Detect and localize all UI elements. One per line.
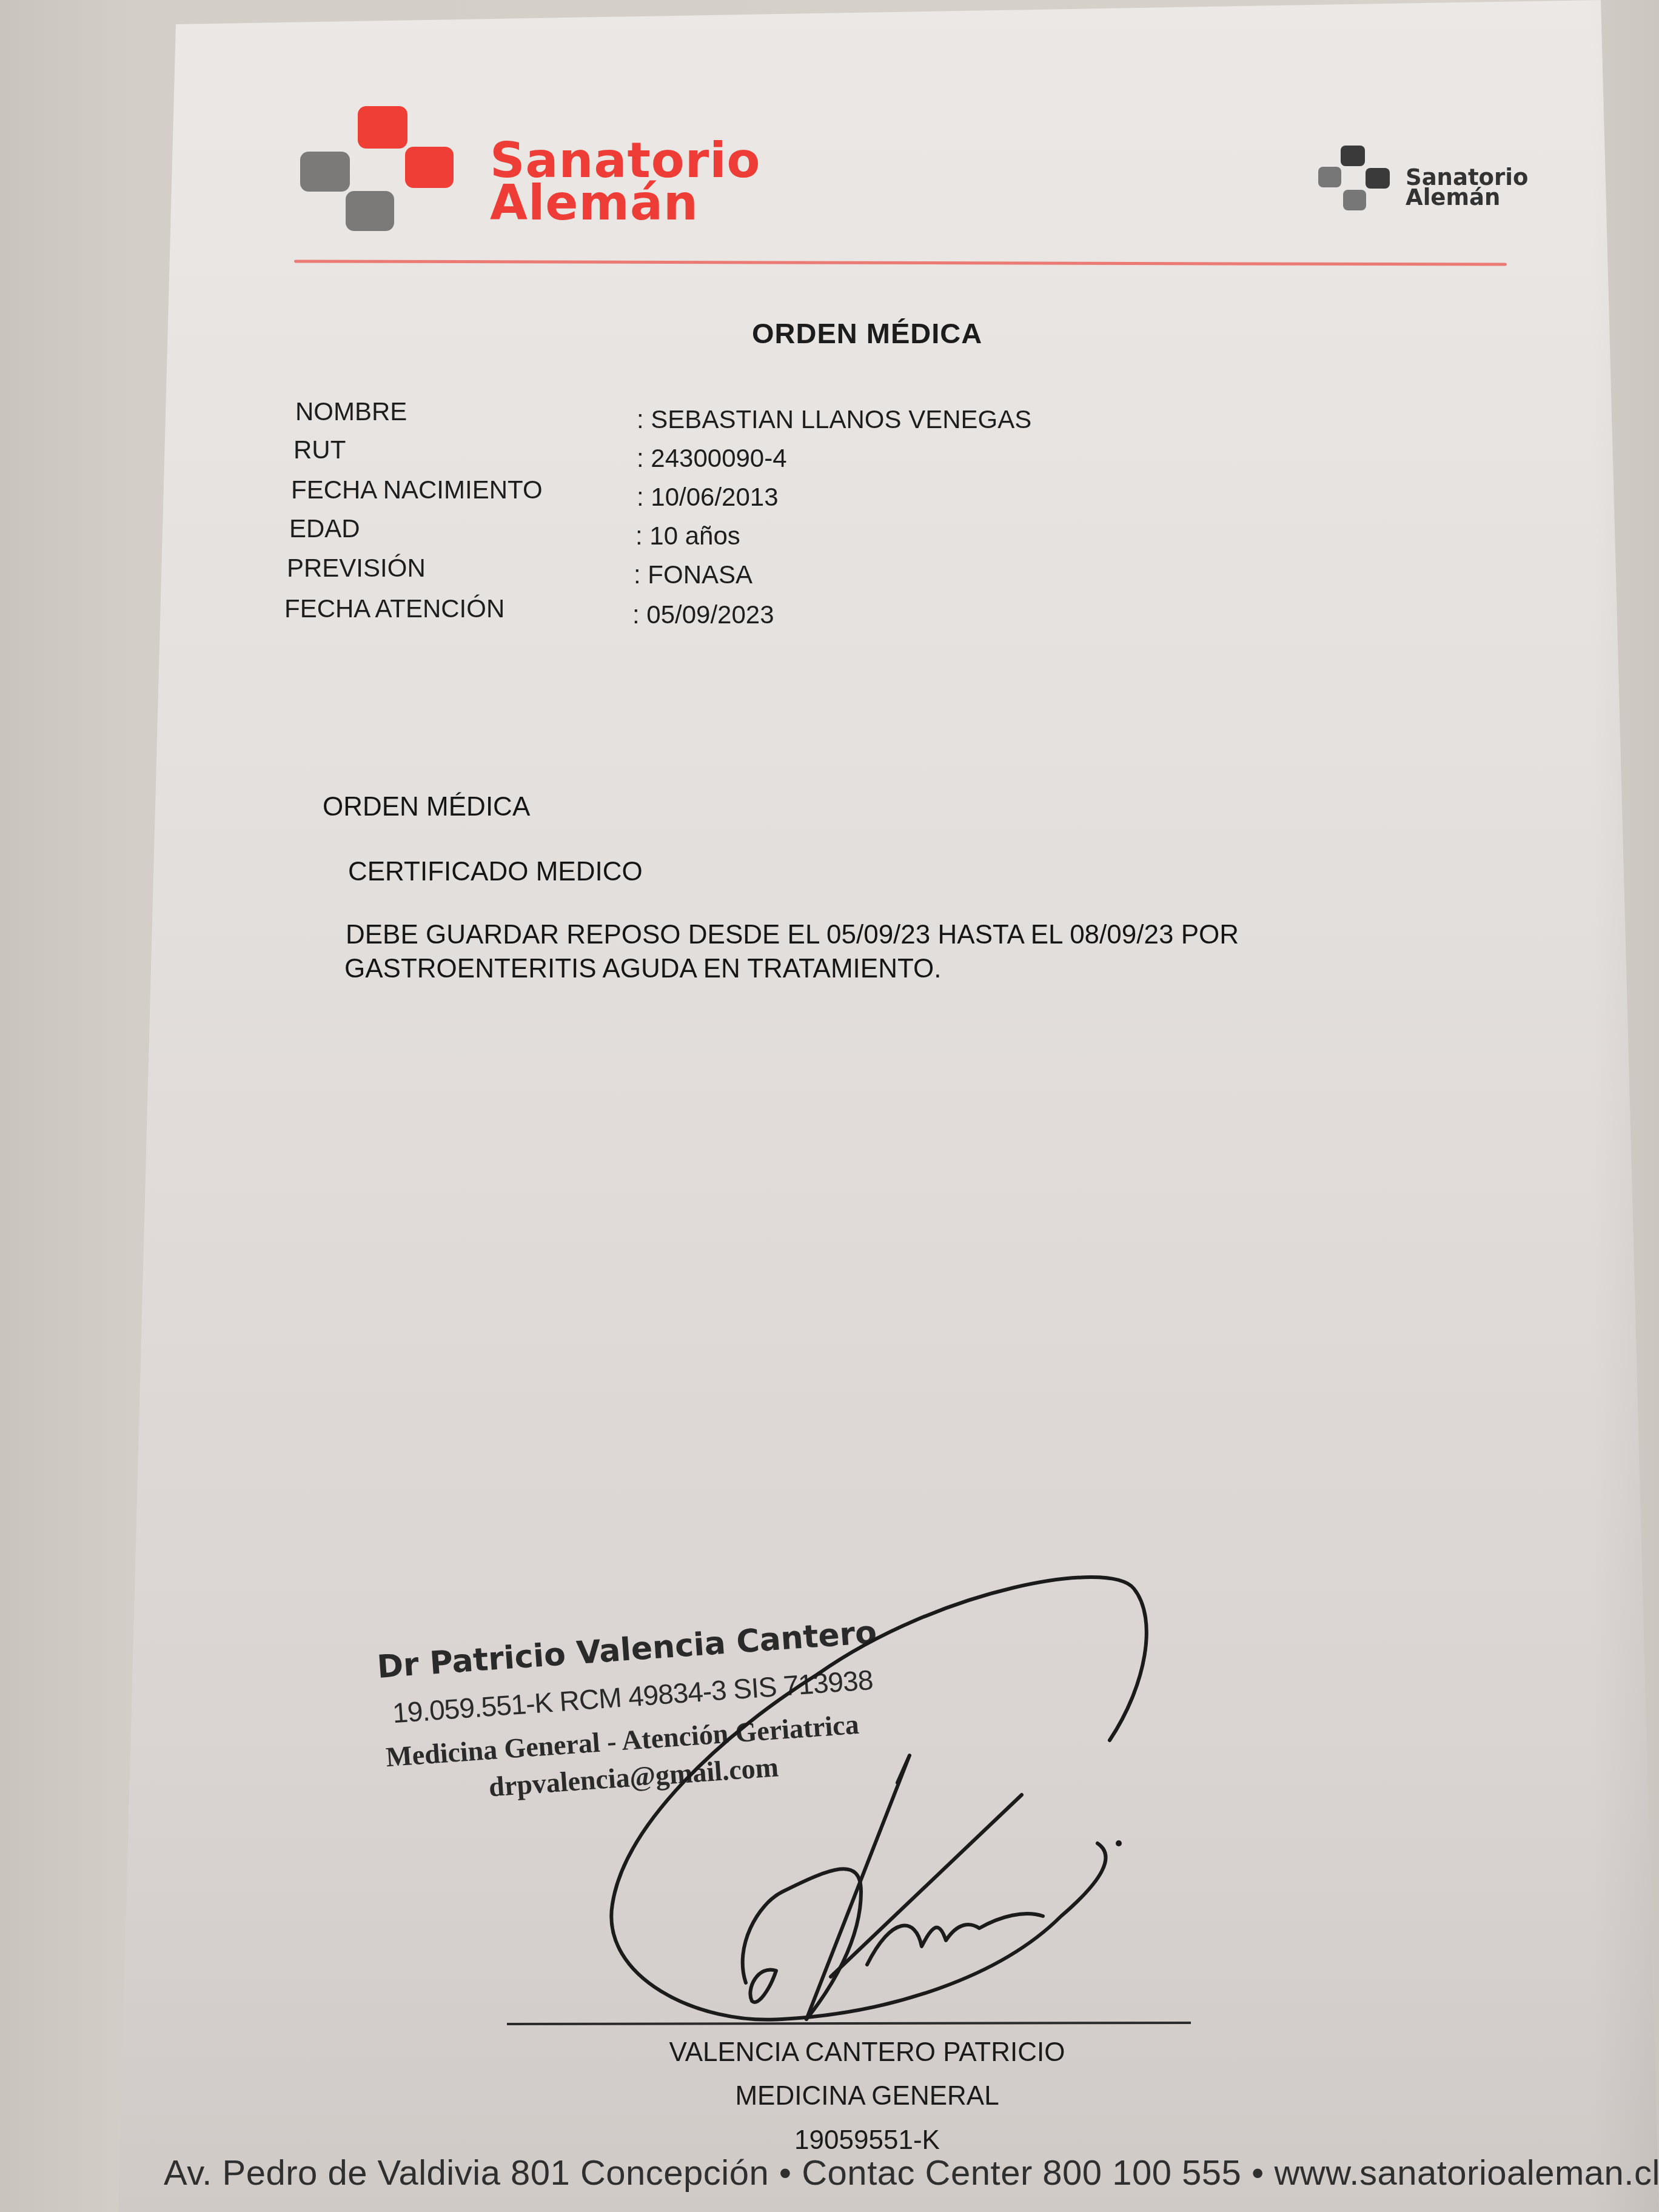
footer-address: Av. Pedro de Valdivia 801 Concepción • C… — [164, 2153, 1659, 2193]
value-edad: : 10 años — [635, 521, 740, 551]
logo-square-gray-left — [300, 152, 350, 192]
header-divider — [294, 260, 1507, 266]
label-rut: RUT — [293, 435, 346, 464]
value-nombre: : SEBASTIAN LLANOS VENEGAS — [637, 405, 1031, 434]
logo-small-square-left — [1318, 167, 1341, 187]
order-text-line-1: DEBE GUARDAR REPOSO DESDE EL 05/09/23 HA… — [346, 920, 1239, 950]
handwritten-signature — [576, 1552, 1243, 2031]
brand-name: Sanatorio Alemán — [490, 139, 761, 224]
logo-square-gray-bottom — [346, 191, 394, 231]
value-fecha-nacimiento: : 10/06/2013 — [637, 483, 779, 512]
document-page: Sanatorio Alemán Sanatorio Alemán ORDEN … — [0, 0, 1659, 2212]
value-rut: : 24300090-4 — [637, 444, 787, 473]
signer-rut: 19059551-K — [594, 2125, 1140, 2156]
order-heading: ORDEN MÉDICA — [323, 792, 530, 822]
label-prevision: PREVISIÓN — [287, 554, 426, 583]
label-fecha-atencion: FECHA ATENCIÓN — [284, 594, 504, 623]
order-text-line-2: GASTROENTERITIS AGUDA EN TRATAMIENTO. — [344, 954, 941, 984]
label-fecha-nacimiento: FECHA NACIMIENTO — [291, 475, 543, 504]
label-nombre: NOMBRE — [295, 397, 407, 426]
logo-square-red-top — [358, 106, 407, 149]
order-subheading: CERTIFICADO MEDICO — [348, 857, 643, 887]
logo-small-square-bottom — [1343, 190, 1366, 210]
value-prevision: : FONASA — [634, 560, 752, 589]
value-fecha-atencion: : 05/09/2023 — [632, 600, 774, 629]
logo-small-square-top — [1341, 146, 1365, 166]
label-edad: EDAD — [289, 514, 360, 543]
signer-name: VALENCIA CANTERO PATRICIO — [594, 2037, 1140, 2068]
logo-small-square-right — [1366, 168, 1390, 189]
logo-square-red-right — [405, 147, 454, 188]
document-title: ORDEN MÉDICA — [752, 317, 982, 350]
brand-name-small: Sanatorio Alemán — [1406, 167, 1528, 207]
signer-specialty: MEDICINA GENERAL — [594, 2081, 1140, 2111]
